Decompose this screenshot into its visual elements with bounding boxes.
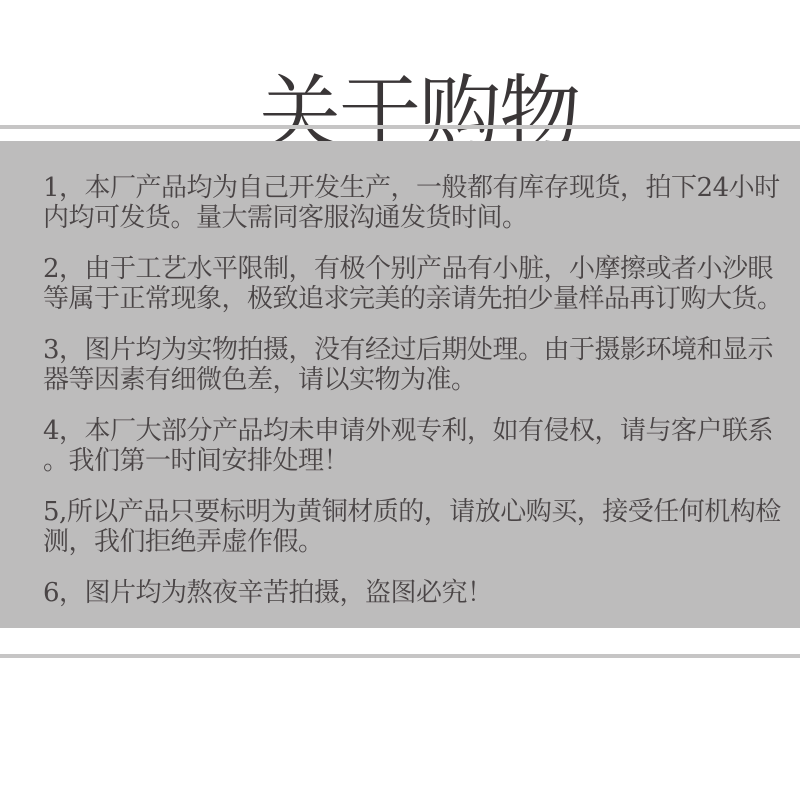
notice-line: 内均可发货。量大需同客服沟通发货时间。 [43,203,790,233]
bottom-divider [0,654,800,658]
notice-line: 。我们第一时间安排处理！ [43,446,790,476]
notice-line: 等属于正常现象，极致追求完美的亲请先拍少量样品再订购大货。 [43,284,790,314]
notice-paragraph-6: 6，图片均为熬夜辛苦拍摄，盗图必究！ [43,578,790,608]
notice-paragraph-2: 2，由于工艺水平限制，有极个别产品有小脏，小摩擦或者小沙眼 等属于正常现象，极致… [43,254,790,314]
notice-line: 3，图片均为实物拍摄，没有经过后期处理。由于摄影环境和显示 [43,335,790,365]
notice-box: 1，本厂产品均为自己开发生产，一般都有库存现货，拍下24小时 内均可发货。量大需… [0,141,800,628]
notice-line: 6，图片均为熬夜辛苦拍摄，盗图必究！ [43,578,790,608]
notice-line: 5,所以产品只要标明为黄铜材质的，请放心购买，接受任何机构检 [43,497,790,527]
shopping-notice-page: 关于购物 1，本厂产品均为自己开发生产，一般都有库存现货，拍下24小时 内均可发… [0,0,800,800]
notice-paragraph-5: 5,所以产品只要标明为黄铜材质的，请放心购买，接受任何机构检 测，我们拒绝弄虚作… [43,497,790,557]
notice-paragraph-4: 4，本厂大部分产品均未申请外观专利，如有侵权，请与客户联系 。我们第一时间安排处… [43,416,790,476]
notice-line: 1，本厂产品均为自己开发生产，一般都有库存现货，拍下24小时 [43,173,790,203]
notice-paragraph-3: 3，图片均为实物拍摄，没有经过后期处理。由于摄影环境和显示 器等因素有细微色差，… [43,335,790,395]
notice-line: 测，我们拒绝弄虚作假。 [43,527,790,557]
notice-line: 4，本厂大部分产品均未申请外观专利，如有侵权，请与客户联系 [43,416,790,446]
notice-line: 2，由于工艺水平限制，有极个别产品有小脏，小摩擦或者小沙眼 [43,254,790,284]
notice-line: 器等因素有细微色差，请以实物为准。 [43,365,790,395]
top-divider [0,125,800,129]
notice-paragraph-1: 1，本厂产品均为自己开发生产，一般都有库存现货，拍下24小时 内均可发货。量大需… [43,173,790,233]
